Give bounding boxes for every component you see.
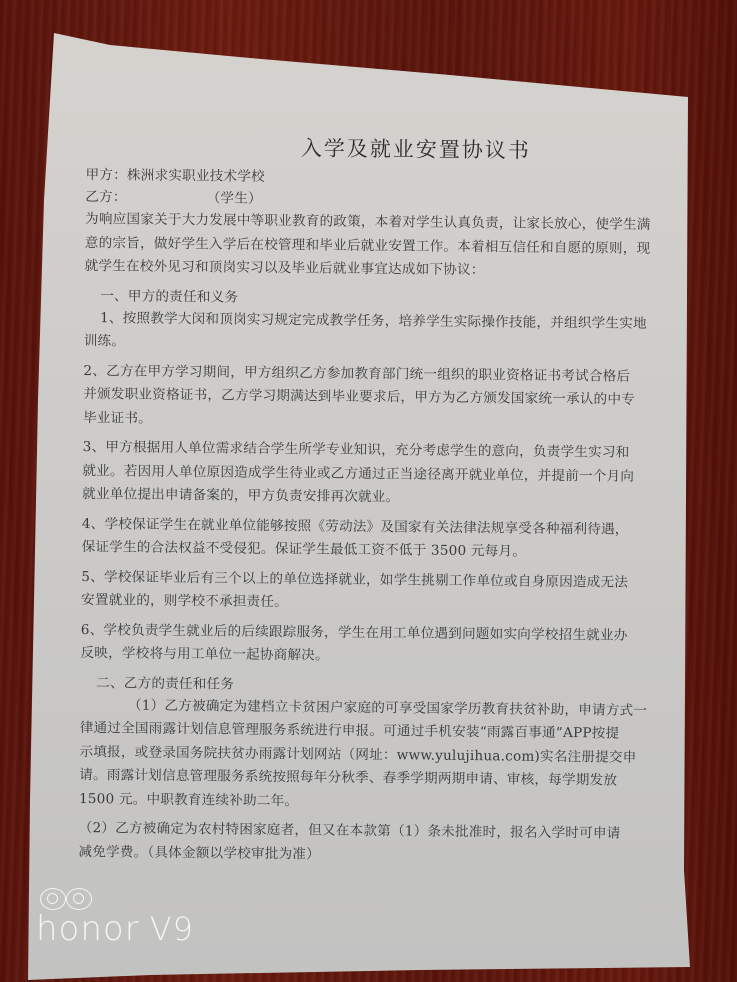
- camera-watermark: honorV9: [36, 888, 194, 946]
- clause-2-2: （2）乙方被确定为农村特困家庭者，但又在本款第（1）条未批准时，报名入学时可申请…: [78, 817, 678, 870]
- clause-6: 6、学校负责学生就业后的后续跟踪服务，学生在用工单位遇到问题如实向学校招生就业办…: [80, 618, 680, 671]
- watermark-model: V9: [150, 910, 194, 948]
- clause-2-1: （1）乙方被确定为建档立卡贫困户家庭的可享受国家学历教育扶贫补助，申请方式一 律…: [79, 693, 680, 817]
- party-b-label: 乙方：: [85, 189, 127, 205]
- honor-rings-logo-icon: [40, 888, 194, 910]
- clause-4: 4、学校保证学生在就业单位能够按照《劳动法》及国家有关法律法规享受各种福利待遇，…: [82, 512, 682, 565]
- agreement-document: 入学及就业安置协议书 甲方：株洲求实职业技术学校 乙方：（学生） 为响应国家关于…: [78, 130, 686, 876]
- watermark-brand: honor: [36, 909, 140, 949]
- clause-5: 5、学校保证毕业后有三个以上的单位选择就业，如学生挑剔工作单位或自身原因造成无法…: [81, 565, 681, 618]
- clause-1: 1、按照教学大闵和顶岗实习规定完成教学任务，培养学生实际操作技能，并组织学生实地…: [84, 306, 684, 359]
- party-b-role: （学生）: [207, 190, 262, 207]
- clause-2: 2、乙方在甲方学习期间，甲方组织乙方参加教育部门统一组织的职业资格证书考试合格后…: [83, 359, 684, 436]
- intro-paragraph: 为响应国家关于大力发展中等职业教育的政策，本着对学生认真负责，让家长放心，使学生…: [84, 208, 685, 285]
- document-title: 入学及就业安置协议书: [146, 131, 686, 167]
- clause-3: 3、甲方根据用人单位需求结合学生所学专业知识，充分考虑学生的意向，负责学生实习和…: [82, 436, 683, 513]
- watermark-text: honorV9: [36, 912, 194, 946]
